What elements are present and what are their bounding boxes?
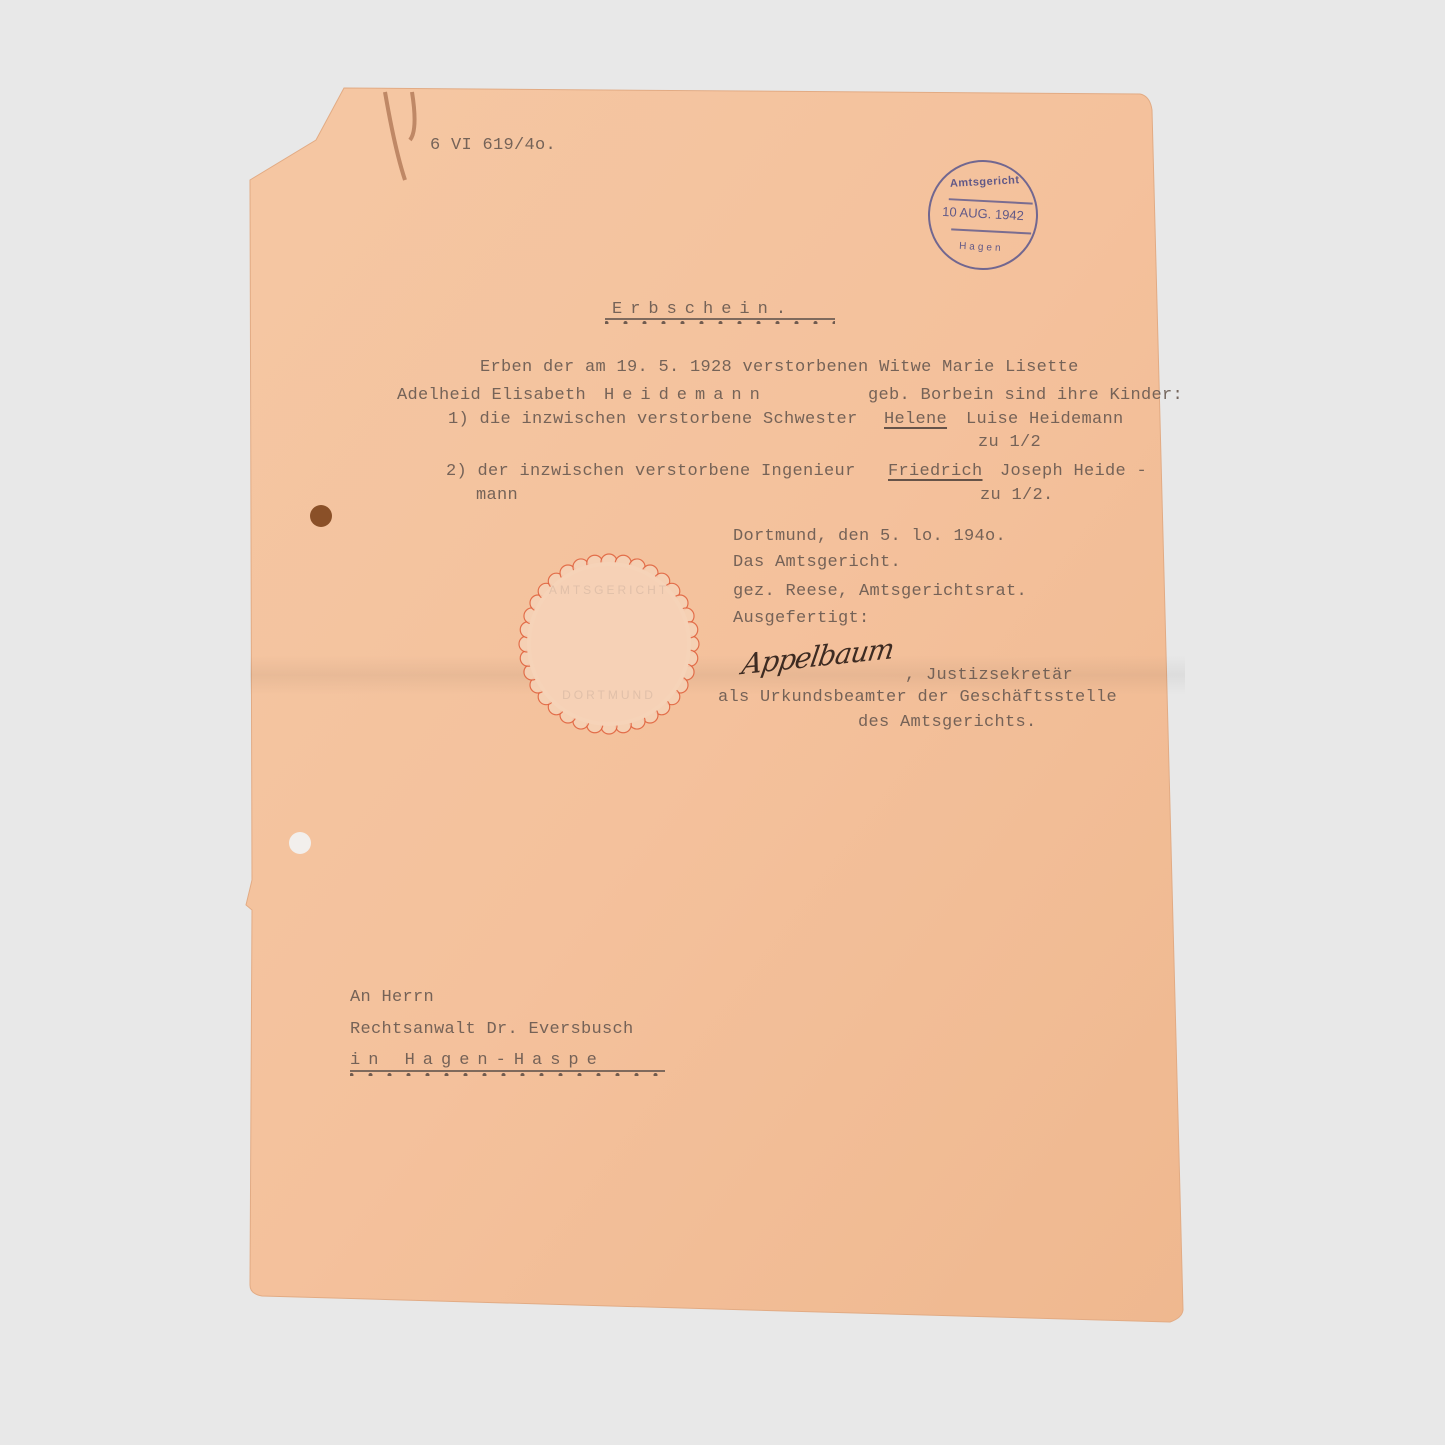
body-line-2a: Adelheid Elisabeth [397,386,586,405]
heir2-continuation: mann [476,486,518,505]
body-line-2-surname: Heidemann [604,386,768,405]
recipient-place: in Hagen-Haspe [350,1051,605,1070]
place-underline [350,1070,665,1076]
punch-hole-bottom [289,832,311,854]
heir1-name: Helene [884,410,947,429]
stamp-date: 10 AUG. 1942 [930,203,1037,224]
signed-by: gez. Reese, Amtsgerichtsrat. [733,582,1027,601]
document-title: Erbschein. [612,300,794,319]
reference-number: 6 VI 619/4o. [430,136,556,155]
stamp-bottom-text: Hagen [928,239,1034,256]
heir1-prefix: 1) die inzwischen verstorbene Schwester [448,410,858,429]
place-date: Dortmund, den 5. lo. 194o. [733,527,1006,546]
heir2-name: Friedrich [888,462,983,481]
recipient-salutation: An Herrn [350,988,434,1007]
heir1-share: zu 1/2 [978,433,1041,452]
recipient-name: Rechtsanwalt Dr. Eversbusch [350,1020,634,1039]
embossed-seal [518,553,700,735]
court-name: Das Amtsgericht. [733,553,901,572]
clerk-court: des Amtsgerichts. [858,713,1037,732]
heir2-suffix: Joseph Heide - [1000,462,1147,481]
clerk-title: , Justizsekretär [905,666,1073,685]
heir1-suffix: Luise Heidemann [966,410,1124,429]
body-line-1: Erben der am 19. 5. 1928 verstorbenen Wi… [480,358,1079,377]
heir2-prefix: 2) der inzwischen verstorbene Ingenieur [446,462,856,481]
paper-sheet [0,0,1445,1445]
stamp-top-text: Amtsgericht [931,173,1037,191]
issued-label: Ausgefertigt: [733,609,870,628]
punch-hole-top [310,505,332,527]
title-underline [605,318,835,324]
clerk-role: als Urkundsbeamter der Geschäftsstelle [718,688,1117,707]
heir2-share: zu 1/2. [980,486,1054,505]
body-line-2b: geb. Borbein sind ihre Kinder: [868,386,1183,405]
